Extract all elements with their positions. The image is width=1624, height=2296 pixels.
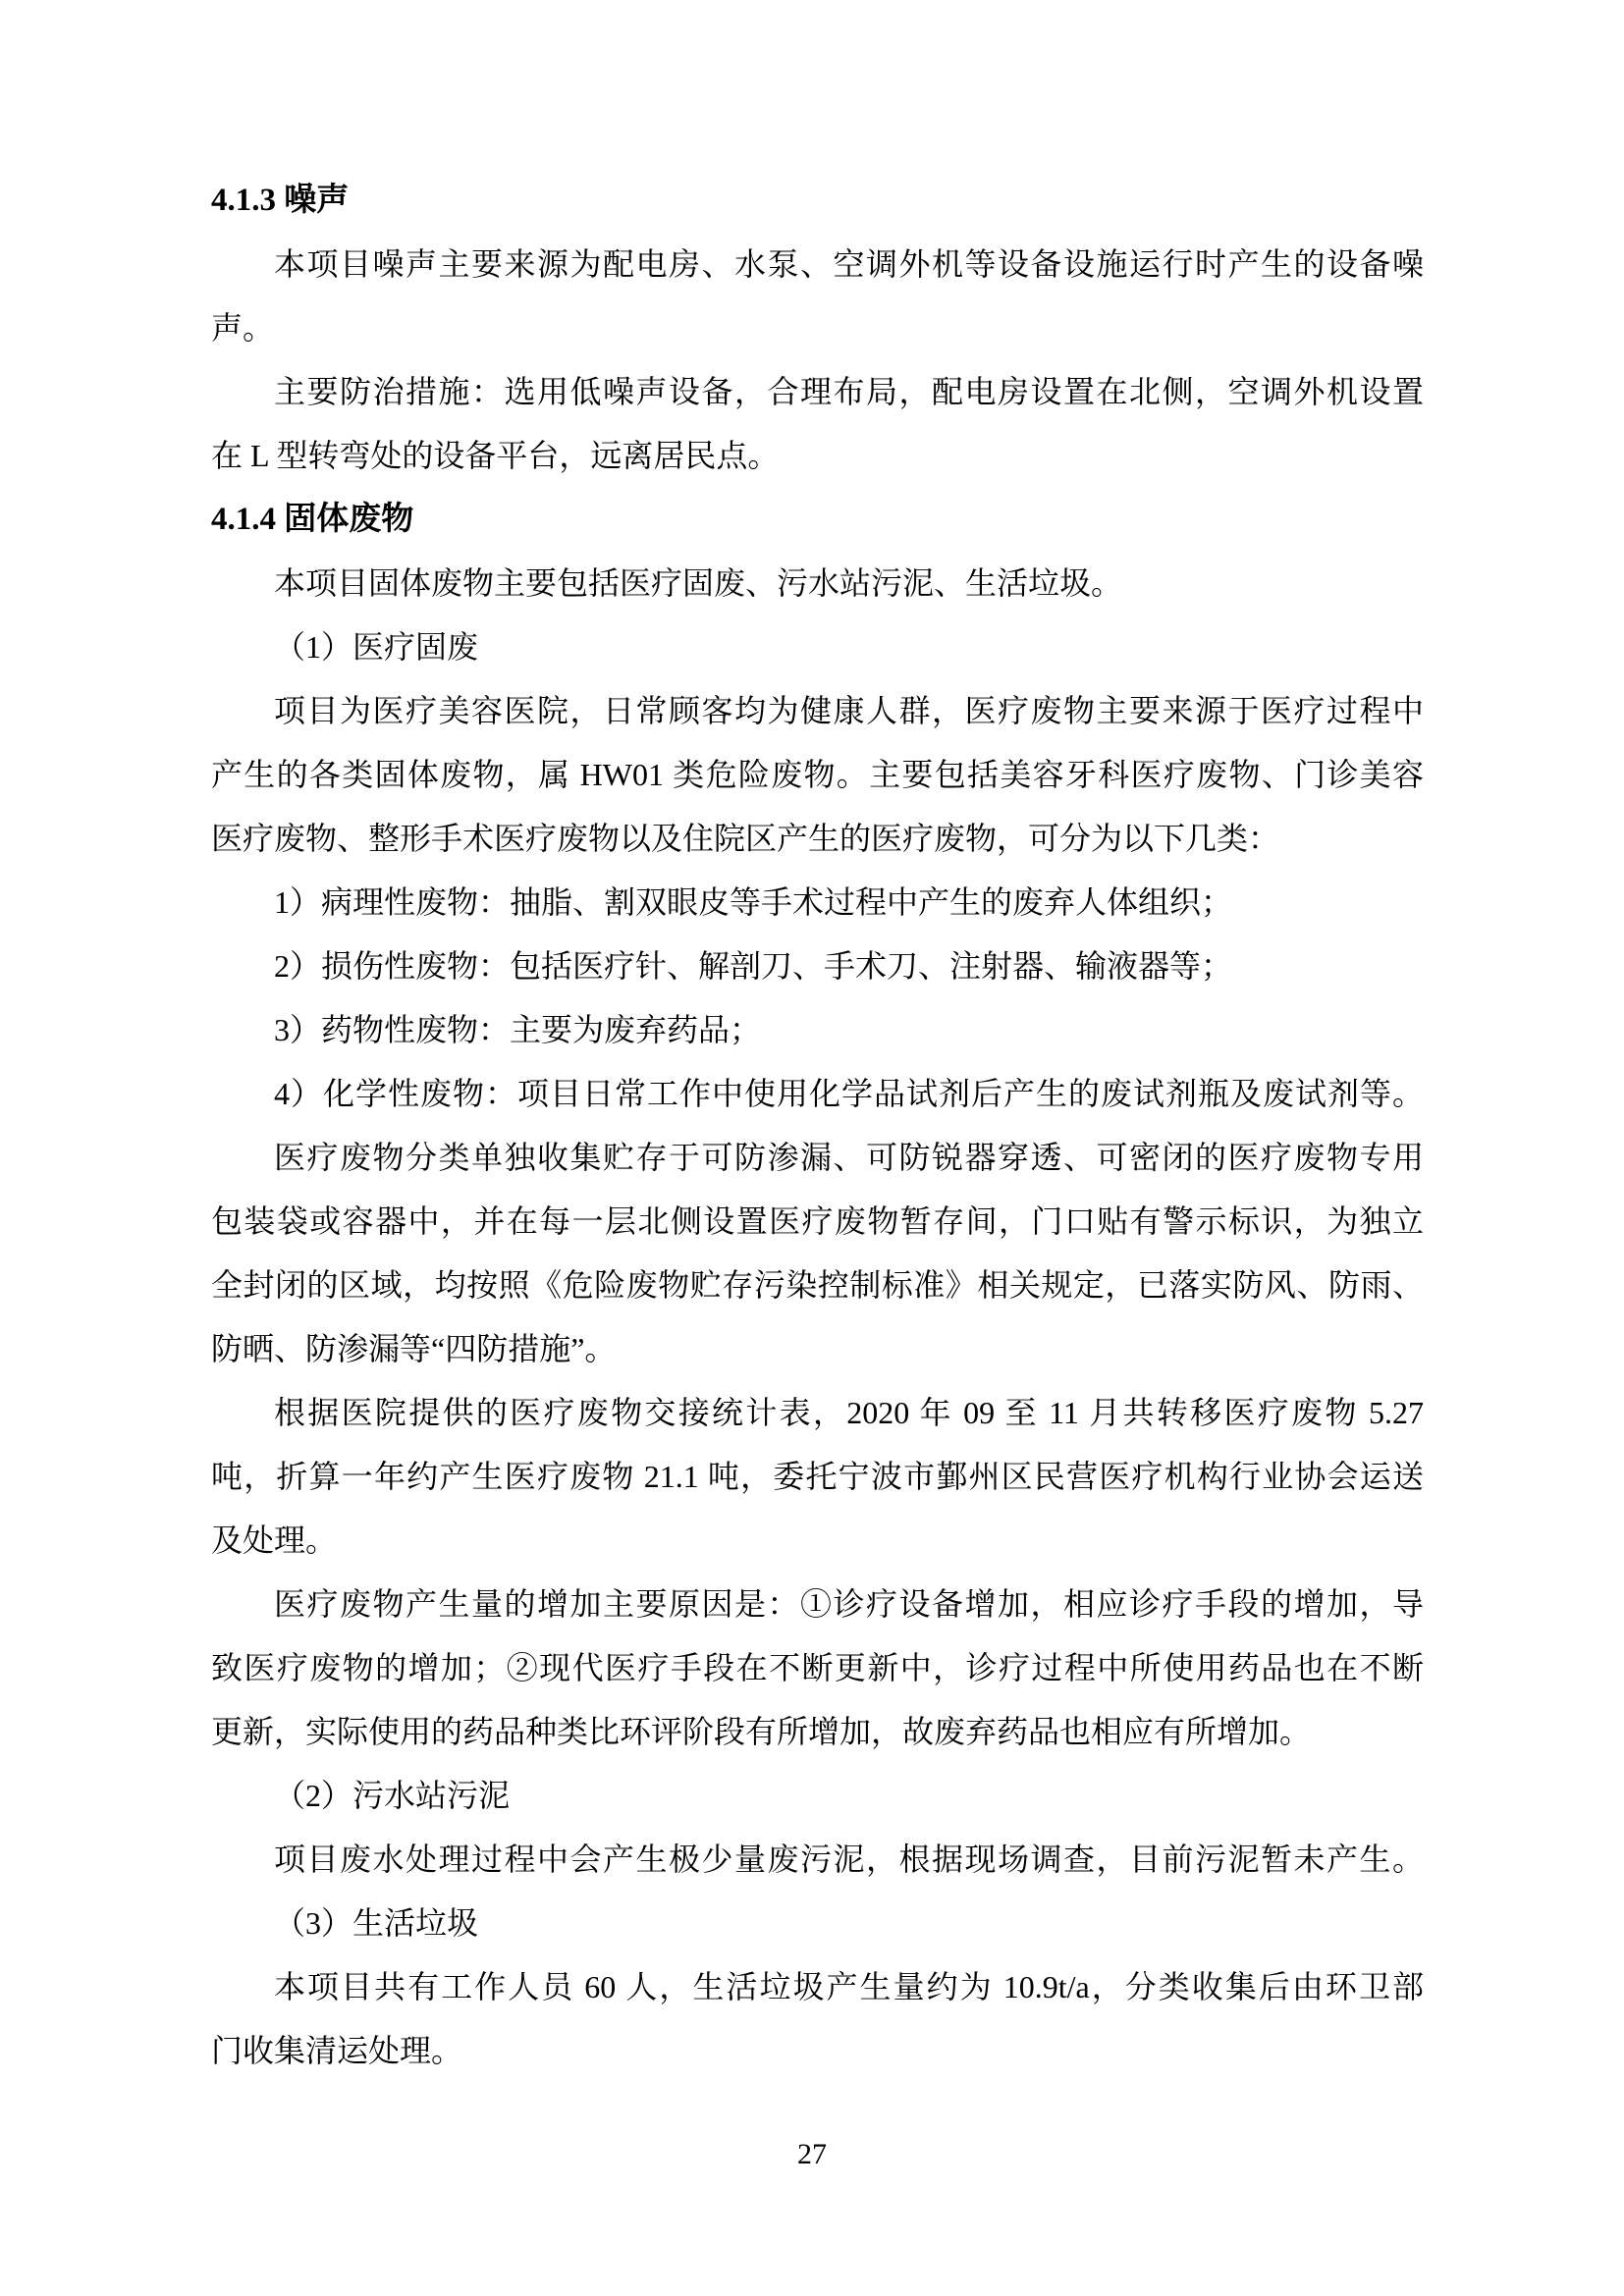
text-line: 医疗废物分类单独收集贮存于可防渗漏、可防锐器穿透、可密闭的医疗废物专用 — [211, 1126, 1424, 1190]
text-line: 防晒、防渗漏等“四防措施”。 — [211, 1317, 1424, 1381]
list-item-line: 3）药物性废物：主要为废弃药品； — [211, 998, 1424, 1062]
page-number: 27 — [797, 2138, 827, 2170]
text-line: （2）污水站污泥 — [211, 1764, 1424, 1828]
document-page: 4.1.3 噪声 本项目噪声主要来源为配电房、水泵、空调外机等设备设施运行时产生… — [0, 0, 1624, 2296]
text-line: 项目废水处理过程中会产生极少量废污泥，根据现场调查，目前污泥暂未产生。 — [211, 1828, 1424, 1892]
list-item-line: 4）化学性废物：项目日常工作中使用化学品试剂后产生的废试剂瓶及废试剂等。 — [211, 1062, 1424, 1126]
text-line: 吨，折算一年约产生医疗废物 21.1 吨，委托宁波市鄞州区民营医疗机构行业协会运… — [211, 1445, 1424, 1509]
text-line: 及处理。 — [211, 1509, 1424, 1573]
text-line: 在 L 型转弯处的设备平台，远离居民点。 — [211, 424, 1424, 488]
text-line: 医疗废物、整形手术医疗废物以及住院区产生的医疗废物，可分为以下几类： — [211, 807, 1424, 871]
text-line: 致医疗废物的增加；②现代医疗手段在不断更新中，诊疗过程中所使用药品也在不断 — [211, 1636, 1424, 1700]
text-line: 根据医院提供的医疗废物交接统计表，2020 年 09 至 11 月共转移医疗废物… — [211, 1381, 1424, 1445]
text-line: 主要防治措施：选用低噪声设备，合理布局，配电房设置在北侧，空调外机设置 — [211, 360, 1424, 424]
text-line: 包装袋或容器中，并在每一层北侧设置医疗废物暂存间，门口贴有警示标识，为独立 — [211, 1190, 1424, 1254]
list-item-line: 1）病理性废物：抽脂、割双眼皮等手术过程中产生的废弃人体组织； — [211, 871, 1424, 934]
text-line: 本项目共有工作人员 60 人，生活垃圾产生量约为 10.9t/a，分类收集后由环… — [211, 1955, 1424, 2019]
document-content: 4.1.3 噪声 本项目噪声主要来源为配电房、水泵、空调外机等设备设施运行时产生… — [211, 169, 1424, 2083]
page-footer: 27 — [0, 2122, 1624, 2186]
section-heading-4-1-4: 4.1.4 固体废物 — [211, 488, 1424, 552]
text-line: （1）医疗固废 — [211, 615, 1424, 679]
text-line: 声。 — [211, 296, 1424, 360]
list-item-line: 2）损伤性废物：包括医疗针、解剖刀、手术刀、注射器、输液器等； — [211, 934, 1424, 998]
text-line: （3）生活垃圾 — [211, 1892, 1424, 1955]
text-line: 医疗废物产生量的增加主要原因是：①诊疗设备增加，相应诊疗手段的增加，导 — [211, 1573, 1424, 1636]
text-line: 本项目固体废物主要包括医疗固废、污水站污泥、生活垃圾。 — [211, 552, 1424, 615]
text-line: 门收集清运处理。 — [211, 2019, 1424, 2083]
text-line: 项目为医疗美容医院，日常顾客均为健康人群，医疗废物主要来源于医疗过程中 — [211, 679, 1424, 743]
text-line: 本项目噪声主要来源为配电房、水泵、空调外机等设备设施运行时产生的设备噪 — [211, 233, 1424, 296]
text-line: 全封闭的区域，均按照《危险废物贮存污染控制标准》相关规定，已落实防风、防雨、 — [211, 1254, 1424, 1317]
text-line: 产生的各类固体废物，属 HW01 类危险废物。主要包括美容牙科医疗废物、门诊美容 — [211, 743, 1424, 807]
text-line: 更新，实际使用的药品种类比环评阶段有所增加，故废弃药品也相应有所增加。 — [211, 1700, 1424, 1764]
section-heading-4-1-3: 4.1.3 噪声 — [211, 169, 1424, 233]
